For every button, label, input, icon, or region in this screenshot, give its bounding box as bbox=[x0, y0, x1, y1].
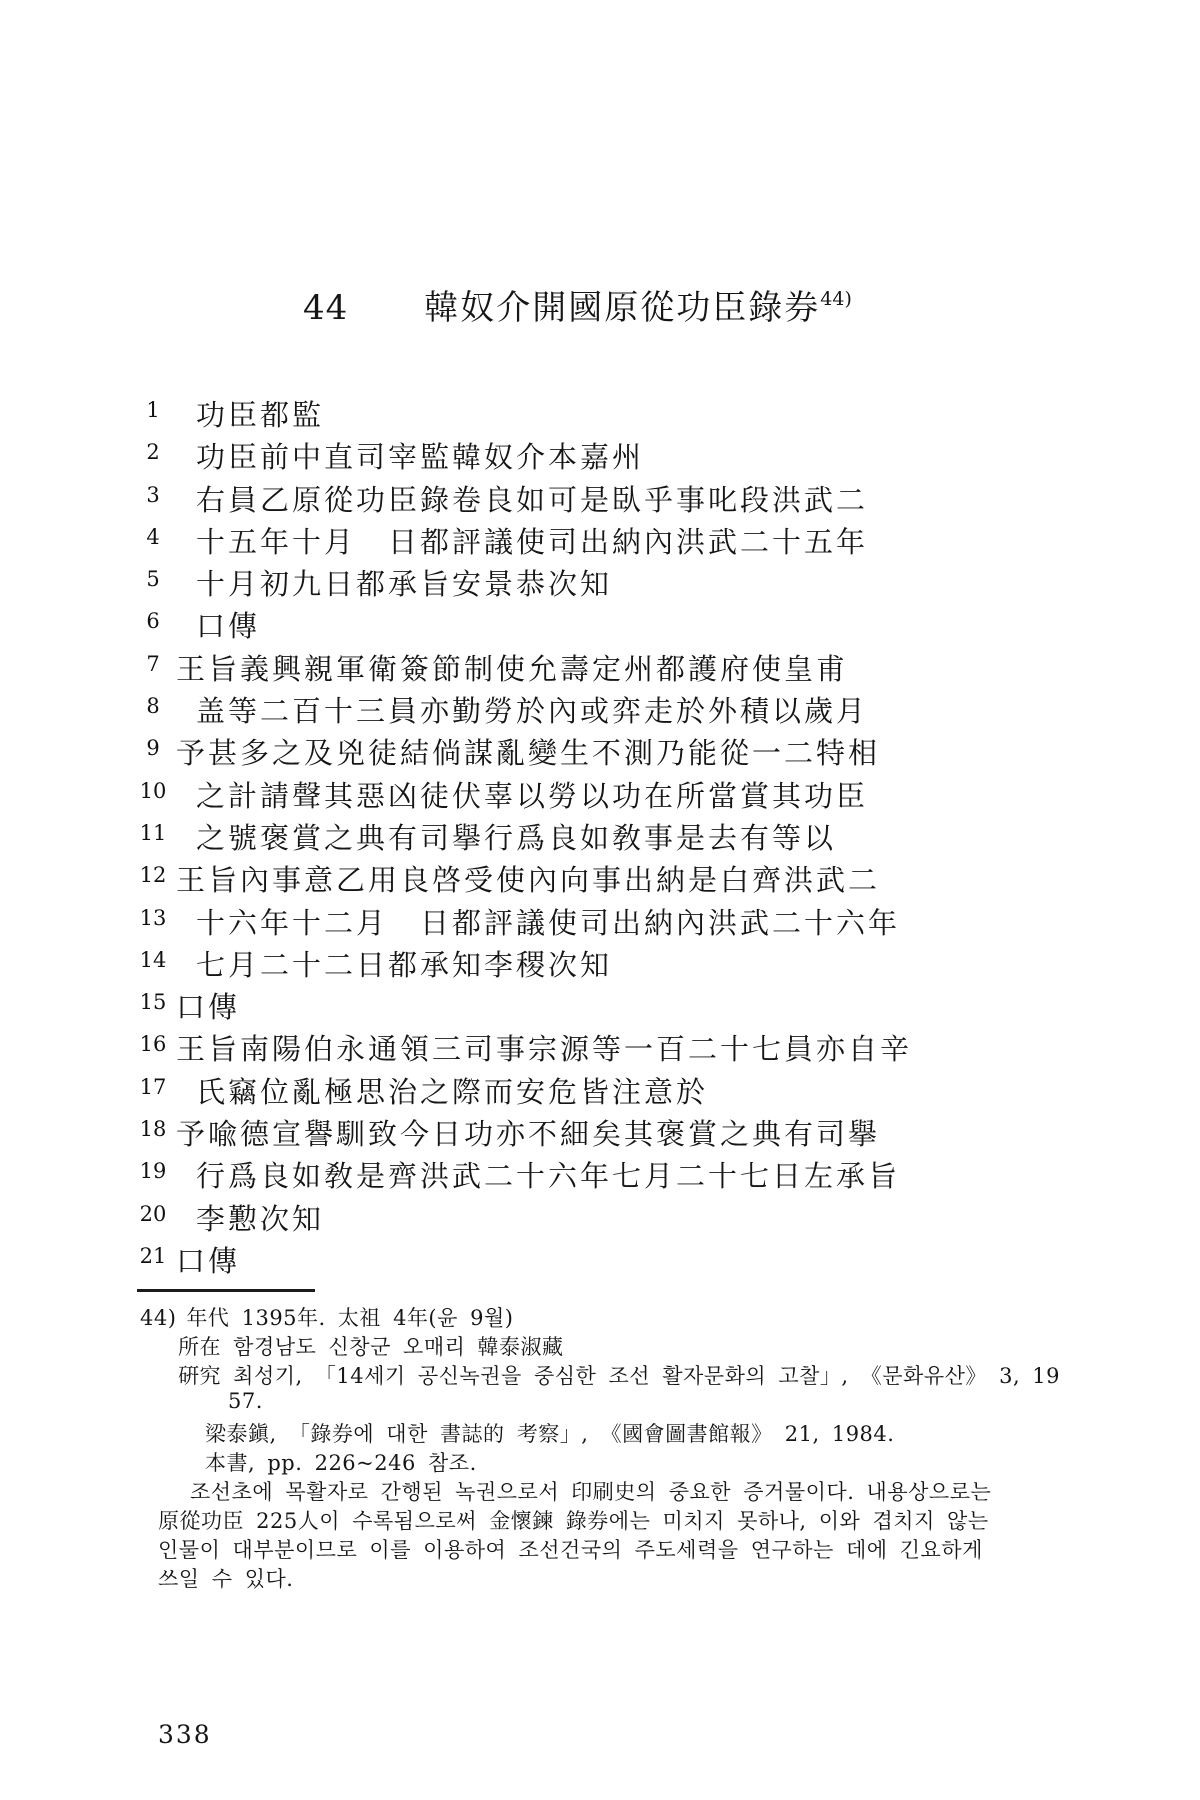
transcription-line: 15 口傳 bbox=[138, 985, 1138, 1027]
transcription-line: 13 十六年十二月 日都評議使司出納內洪武二十六年 bbox=[138, 901, 1138, 943]
line-text: 口傳 bbox=[176, 1239, 240, 1280]
line-number: 2 bbox=[138, 435, 168, 464]
line-number: 5 bbox=[138, 562, 168, 591]
line-number: 16 bbox=[138, 1027, 168, 1056]
transcription-line: 2 功臣前中直司宰監韓奴介本嘉州 bbox=[138, 435, 1138, 477]
line-text: 七月二十二日都承知李稷次知 bbox=[196, 943, 612, 984]
footnote-text: 硏究 최성기, 「14세기 공신녹권을 중심한 조선 활자문화의 고찰」, 《문… bbox=[178, 1364, 1060, 1388]
footnote-line: 44)年代 1395年. 太祖 4年(윤 9월) bbox=[140, 1302, 1100, 1331]
footnote-line: 梁泰鎭, 「錄券에 대한 書誌的 考察」, 《國會圖書館報》 21, 1984. bbox=[205, 1418, 1100, 1447]
footnote-text: 年代 1395年. 太祖 4年(윤 9월) bbox=[186, 1306, 513, 1330]
footnote-text: 所在 함경남도 신창군 오매리 韓泰淑藏 bbox=[178, 1335, 564, 1359]
line-text: 之號褒賞之典有司擧行爲良如敎事是去有等以 bbox=[196, 816, 836, 857]
line-text: 十五年十月 日都評議使司出納內洪武二十五年 bbox=[196, 520, 868, 561]
page-number: 338 bbox=[158, 1720, 212, 1749]
line-text: 予甚多之及兇徒結倘謀亂變生不測乃能從一二特相 bbox=[176, 731, 880, 772]
line-number: 8 bbox=[138, 689, 168, 718]
line-number: 21 bbox=[138, 1239, 168, 1268]
footnote-text: 인물이 대부분이므로 이를 이용하여 조선건국의 주도세력을 연구하는 데에 긴… bbox=[158, 1538, 983, 1562]
footnote-text: 本書, pp. 226~246 참조. bbox=[205, 1451, 477, 1475]
line-number: 10 bbox=[138, 774, 168, 803]
line-text: 王旨南陽伯永通領三司事宗源等一百二十七員亦自辛 bbox=[176, 1027, 912, 1068]
line-number: 9 bbox=[138, 731, 168, 760]
line-text: 王旨義興親軍衛簽節制使允壽定州都護府使皇甫 bbox=[176, 647, 848, 688]
line-number: 19 bbox=[138, 1154, 168, 1183]
transcription-line: 7 王旨義興親軍衛簽節制使允壽定州都護府使皇甫 bbox=[138, 647, 1138, 689]
line-number: 6 bbox=[138, 604, 168, 633]
line-number: 18 bbox=[138, 1112, 168, 1141]
line-text: 李懃次知 bbox=[196, 1197, 324, 1238]
transcription-line: 6 口傳 bbox=[138, 604, 1138, 646]
transcription-line: 5 十月初九日都承旨安景恭次知 bbox=[138, 562, 1138, 604]
line-text: 功臣都監 bbox=[196, 393, 324, 434]
line-number: 15 bbox=[138, 985, 168, 1014]
footnote-line: 인물이 대부분이므로 이를 이용하여 조선건국의 주도세력을 연구하는 데에 긴… bbox=[158, 1534, 1100, 1563]
footnote-line: 所在 함경남도 신창군 오매리 韓泰淑藏 bbox=[178, 1331, 1100, 1360]
line-text: 十月初九日都承旨安景恭次知 bbox=[196, 562, 612, 603]
transcription-line: 3 右員乙原從功臣錄卷良如可是臥乎事叱段洪武二 bbox=[138, 478, 1138, 520]
transcription-line: 8 盖等二百十三員亦勤勞於內或弈走於外積以歲月 bbox=[138, 689, 1138, 731]
footnote-line: 쓰일 수 있다. bbox=[158, 1563, 1100, 1592]
footnote-marker: 44) bbox=[140, 1306, 176, 1330]
transcription-line: 21 口傳 bbox=[138, 1239, 1138, 1281]
line-text: 功臣前中直司宰監韓奴介本嘉州 bbox=[196, 435, 644, 476]
transcription-line: 17 氏竊位亂極思治之際而安危皆注意於 bbox=[138, 1070, 1138, 1112]
transcription-line: 20 李懃次知 bbox=[138, 1197, 1138, 1239]
line-number: 14 bbox=[138, 943, 168, 972]
line-text: 王旨內事意乙用良啓受使內向事出納是白齊洪武二 bbox=[176, 858, 880, 899]
transcription-body: 1 功臣都監 2 功臣前中直司宰監韓奴介本嘉州 3 右員乙原從功臣錄卷良如可是臥… bbox=[138, 393, 1138, 1281]
line-number: 4 bbox=[138, 520, 168, 549]
footnote-text: 57. bbox=[228, 1389, 263, 1413]
footnote-text: 梁泰鎭, 「錄券에 대한 書誌的 考察」, 《國會圖書館報》 21, 1984. bbox=[205, 1422, 894, 1446]
line-text: 之計請聲其惡凶徒伏辜以勞以功在所當賞其功臣 bbox=[196, 774, 868, 815]
transcription-line: 16 王旨南陽伯永通領三司事宗源等一百二十七員亦自辛 bbox=[138, 1027, 1138, 1069]
footnote-line: 硏究 최성기, 「14세기 공신녹권을 중심한 조선 활자문화의 고찰」, 《문… bbox=[178, 1360, 1100, 1389]
title-entry-number: 44 bbox=[303, 288, 348, 328]
line-number: 7 bbox=[138, 647, 168, 676]
line-number: 20 bbox=[138, 1197, 168, 1226]
transcription-line: 18 予喩德宣譽馴致今日功亦不細矣其褒賞之典有司擧 bbox=[138, 1112, 1138, 1154]
transcription-line: 11 之號褒賞之典有司擧行爲良如敎事是去有等以 bbox=[138, 816, 1138, 858]
line-number: 17 bbox=[138, 1070, 168, 1099]
footnote-line: 57. bbox=[228, 1389, 1100, 1418]
document-page: 44韓奴介開國原從功臣錄券44) 1 功臣都監 2 功臣前中直司宰監韓奴介本嘉州… bbox=[0, 0, 1200, 1800]
line-text: 右員乙原從功臣錄卷良如可是臥乎事叱段洪武二 bbox=[196, 478, 868, 519]
footnote-text: 쓰일 수 있다. bbox=[158, 1567, 293, 1591]
footnote-line: 本書, pp. 226~246 참조. bbox=[205, 1447, 1100, 1476]
footnote-text: 조선초에 목활자로 간행된 녹권으로서 印刷史의 중요한 증거물이다. 내용상으… bbox=[190, 1480, 991, 1504]
transcription-line: 1 功臣都監 bbox=[138, 393, 1138, 435]
transcription-line: 4 十五年十月 日都評議使司出納內洪武二十五年 bbox=[138, 520, 1138, 562]
line-text: 十六年十二月 日都評議使司出納內洪武二十六年 bbox=[196, 901, 900, 942]
footnote-line: 조선초에 목활자로 간행된 녹권으로서 印刷史의 중요한 증거물이다. 내용상으… bbox=[190, 1476, 1100, 1505]
footnote-line: 原從功臣 225人이 수록됨으로써 金懷鍊 錄券에는 미치지 못하나, 이와 겹… bbox=[158, 1505, 1100, 1534]
transcription-line: 10 之計請聲其惡凶徒伏辜以勞以功在所當賞其功臣 bbox=[138, 774, 1138, 816]
line-number: 3 bbox=[138, 478, 168, 507]
line-text: 行爲良如敎是齊洪武二十六年七月二十七日左承旨 bbox=[196, 1154, 900, 1195]
footnote-divider bbox=[137, 1289, 315, 1292]
transcription-line: 19 行爲良如敎是齊洪武二十六年七月二十七日左承旨 bbox=[138, 1154, 1138, 1196]
line-number: 1 bbox=[138, 393, 168, 422]
footnote-block: 44)年代 1395年. 太祖 4年(윤 9월) 所在 함경남도 신창군 오매리… bbox=[140, 1302, 1100, 1592]
transcription-line: 12 王旨內事意乙用良啓受使內向事出納是白齊洪武二 bbox=[138, 858, 1138, 900]
line-text: 氏竊位亂極思治之際而安危皆注意於 bbox=[196, 1070, 708, 1111]
line-number: 12 bbox=[138, 858, 168, 887]
line-number: 11 bbox=[138, 816, 168, 845]
title-text: 韓奴介開國原從功臣錄券 bbox=[424, 288, 820, 328]
line-text: 口傳 bbox=[196, 604, 260, 645]
line-text: 口傳 bbox=[176, 985, 240, 1026]
footnote-text: 原從功臣 225人이 수록됨으로써 金懷鍊 錄券에는 미치지 못하나, 이와 겹… bbox=[158, 1509, 989, 1533]
line-text: 予喩德宣譽馴致今日功亦不細矣其褒賞之典有司擧 bbox=[176, 1112, 880, 1153]
transcription-line: 9 予甚多之及兇徒結倘謀亂變生不測乃能從一二特相 bbox=[138, 731, 1138, 773]
transcription-line: 14 七月二十二日都承知李稷次知 bbox=[138, 943, 1138, 985]
title-footnote-ref: 44) bbox=[820, 288, 852, 310]
line-text: 盖等二百十三員亦勤勞於內或弈走於外積以歲月 bbox=[196, 689, 868, 730]
line-number: 13 bbox=[138, 901, 168, 930]
